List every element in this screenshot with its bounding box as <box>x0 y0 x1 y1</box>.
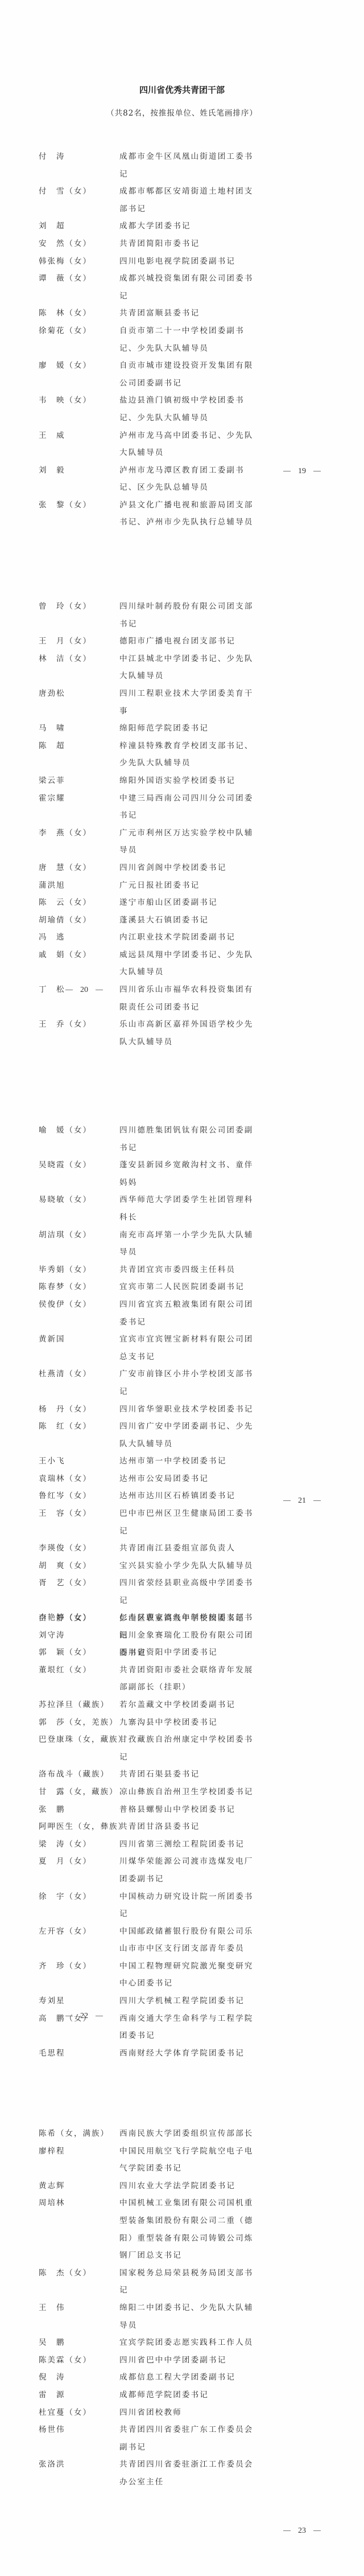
list-item: 倪 涛成都信息工程大学团委副书记 <box>39 2369 266 2386</box>
list-item: 唐 慧（女）四川省剑阁中学校团委书记 <box>39 859 266 877</box>
page-22-list: 李艳婷（女）仁寿县曹家镇九年制学校团支部书记郭 颖（女）四川省资阳中学团委书记董… <box>39 1609 266 2062</box>
organization-title: 内江职业技术学院团委副书记 <box>119 929 259 946</box>
organization-title: 四川省剑阁中学校团委书记 <box>119 859 259 877</box>
person-name: 毛思程 <box>39 2045 119 2062</box>
organization-title: 共青团资阳市委社会联络青年发展部副部长（挂职） <box>119 1662 259 1696</box>
person-name: 杜燕清（女） <box>39 1365 119 1383</box>
organization-title: 甘孜藏族自治州康定中学校团委书记 <box>119 1731 259 1766</box>
person-name: 韦 映（女） <box>39 392 119 409</box>
person-name: 胥 艺（女） <box>39 1574 119 1592</box>
person-name: 梁 涛（女） <box>39 1836 119 1853</box>
list-item: 郭 颖（女）四川省资阳中学团委书记 <box>39 1644 266 1662</box>
organization-title: 威远县凤翔中学团委书记、少先队大队辅导员 <box>119 946 259 981</box>
list-item: 王 伟绵阳二中团委书记、少先队大队辅导员 <box>39 2299 266 2334</box>
list-item: 杜宜蔓（女）四川省团校教师 <box>39 2404 266 2422</box>
list-item: 王 月（女）德阳市广播电视台团支部书记 <box>39 633 266 650</box>
person-name: 冯 逃 <box>39 929 119 946</box>
organization-title: 中建三局西南公司四川分公司团委书记 <box>119 790 259 825</box>
organization-title: 中江县城北中学团委书记、少先队大队辅导员 <box>119 650 259 685</box>
list-item: 雷 源成都师范学院团委书记 <box>39 2386 266 2404</box>
organization-title: 四川工程职业技术大学团委美育干事 <box>119 685 259 720</box>
list-item: 王 威泸州市龙马高中团委书记、少先队大队辅导员 <box>39 427 266 462</box>
list-item: 安 然（女）共青团简阳市委书记 <box>39 235 266 253</box>
person-name: 徐 宇（女） <box>39 1888 119 1906</box>
person-name: 雷 源 <box>39 2386 119 2404</box>
person-name: 蒲洪旭 <box>39 877 119 895</box>
list-item: 王小飞达州市第一中学校团委书记 <box>39 1453 266 1470</box>
list-item: 黄志辉四川农业大学法学院团委书记 <box>39 2177 266 2195</box>
list-item: 毕秀娟（女）共青团宜宾市委四级主任科员 <box>39 1261 266 1279</box>
organization-title: 国家税务总局荣县税务局团支部书记 <box>119 2265 259 2299</box>
list-item: 苏拉泽旦（藏族）若尔盖藏文中学校团委副书记 <box>39 1696 266 1714</box>
organization-title: 成都信息工程大学团委副书记 <box>119 2369 259 2386</box>
list-item: 张洛洪共青团四川省委驻浙江工作委员会办公室主任 <box>39 2456 266 2491</box>
organization-title: 成都大学团委书记 <box>119 218 259 235</box>
person-name: 黄新国 <box>39 1331 119 1348</box>
person-name: 张洛洪 <box>39 2456 119 2474</box>
list-item: 陈春梦（女）宜宾市第二人民医院团委副书记 <box>39 1278 266 1296</box>
organization-title: 四川省乐山市福华农科投资集团有限责任公司团委书记 <box>119 981 259 1016</box>
person-name: 陈 云（女） <box>39 894 119 912</box>
list-item: 寿刘星四川大学机械工程学院团委书记 <box>39 1992 266 2010</box>
organization-title: 自贡市第二十一中学校团委副书记、少先队大队辅导员 <box>119 322 259 357</box>
person-name: 黄志辉 <box>39 2177 119 2195</box>
person-name: 王小飞 <box>39 1453 119 1470</box>
list-item: 郭 莎（女，羌族）九寨沟县中学校团委书记 <box>39 1714 266 1732</box>
list-item: 巴登康珠（女，藏族）甘孜藏族自治州康定中学校团委书记 <box>39 1731 266 1766</box>
page-23-list: 陈希（女，满族）西南民族大学团委组织宣传部部长廖梓程中国民用航空飞行学院航空电子… <box>39 2125 266 2491</box>
list-item: 陈 林（女）共青团富顺县委书记 <box>39 305 266 322</box>
list-item: 阿呷医生（女，彝族）共青团甘洛县委书记 <box>39 1818 266 1836</box>
organization-title: 自贡市城市建设投资开发集团有限公司团委副书记 <box>119 357 259 392</box>
organization-title: 泸县文化广播电视和旅游局团支部书记、泸州市少先队执行总辅导员 <box>119 497 259 531</box>
organization-title: 普格县螺髻山中学校团委书记 <box>119 1801 259 1819</box>
person-name: 徐菊花（女） <box>39 322 119 340</box>
person-name: 洛布战斗（藏族） <box>39 1766 119 1783</box>
person-name: 郭 莎（女，羌族） <box>39 1714 119 1732</box>
document-subtitle: （共82名，按推报单位、姓氏笔画排序） <box>0 106 364 118</box>
person-name: 林 洁（女） <box>39 650 119 668</box>
person-name: 侯俊伊（女） <box>39 1296 119 1314</box>
person-name: 陈希（女，满族） <box>39 2125 119 2143</box>
person-name: 付 雪（女） <box>39 183 119 200</box>
person-name: 胡 爽（女） <box>39 1557 119 1575</box>
organization-title: 泸州市龙马高中团委书记、少先队大队辅导员 <box>119 427 259 462</box>
list-item: 张 黎（女）泸县文化广播电视和旅游局团支部书记、泸州市少先队执行总辅导员 <box>39 497 266 531</box>
person-name: 王 乔（女） <box>39 1016 119 1033</box>
organization-title: 遂宁市船山区团委副书记 <box>119 894 259 912</box>
page-21-list: 喻 媛（女）四川德胜集团钒钛有限公司团委副书记吴晓霞（女）蓬安县新园乡宽敞沟村文… <box>39 1122 266 1662</box>
list-item: 陈 超梓潼县特殊教育学校团支部书记、少先队大队辅导员 <box>39 737 266 772</box>
list-item: 廖 媛（女）自贡市城市建设投资开发集团有限公司团委副书记 <box>39 357 266 392</box>
list-item: 廖梓程中国民用航空飞行学院航空电子电气学院团委书记 <box>39 2143 266 2177</box>
list-item: 付 雪（女）成都市郫都区安靖街道土地村团支部书记 <box>39 183 266 218</box>
organization-title: 广安市前锋区小井小学校团支部书记 <box>119 1365 259 1400</box>
organization-title: 共青团简阳市委书记 <box>119 235 259 253</box>
list-item: 吴晓霞（女）蓬安县新园乡宽敞沟村文书、童伴妈妈 <box>39 1156 266 1191</box>
organization-title: 四川省荥经县职业高级中学团委书记 <box>119 1574 259 1609</box>
list-item: 胡洁琪（女）南充市高坪第一小学少先队大队辅导员 <box>39 1227 266 1261</box>
list-item: 刘 超成都大学团委书记 <box>39 218 266 235</box>
list-item: 刘 毅泸州市龙马潭区教育团工委副书记、区少先队总辅导员 <box>39 462 266 497</box>
person-name: 甘 露（女，藏族） <box>39 1783 119 1801</box>
organization-title: 梓潼县特殊教育学校团支部书记、少先队大队辅导员 <box>119 737 259 772</box>
person-name: 张 鹏 <box>39 1801 119 1819</box>
person-name: 张 黎（女） <box>39 497 119 514</box>
list-item: 喻 媛（女）四川德胜集团钒钛有限公司团委副书记 <box>39 1122 266 1156</box>
list-item: 左开容（女）中国邮政储蓄银行股份有限公司乐山市市中区支行团支部青年委员 <box>39 1923 266 1958</box>
list-item: 周培林中国机械工业集团有限公司国机重型装备集团股份有限公司二重（德阳）重型装备有… <box>39 2194 266 2264</box>
person-name: 鲁红岑（女） <box>39 1487 119 1505</box>
list-item: 韩张梅（女）四川电影电视学院团委副书记 <box>39 253 266 270</box>
organization-title: 成都市金牛区凤凰山街道团工委书记 <box>119 148 259 183</box>
page-number-19: 19 <box>276 467 328 476</box>
person-name: 胡瑜倩（女） <box>39 912 119 929</box>
list-item: 付 涛成都市金牛区凤凰山街道团工委书记 <box>39 148 266 183</box>
person-name: 谭 薇（女） <box>39 270 119 288</box>
list-item: 胥 艺（女）四川省荥经县职业高级中学团委书记 <box>39 1574 266 1609</box>
organization-title: 巴中市巴州区卫生健康局团工委书记 <box>119 1505 259 1540</box>
page-number-20: 20 <box>58 986 110 995</box>
organization-title: 九寨沟县中学校团委书记 <box>119 1714 259 1732</box>
person-name: 韩张梅（女） <box>39 253 119 270</box>
organization-title: 四川省资阳中学团委书记 <box>119 1644 259 1662</box>
list-item: 鲁红岑（女）达州市达川区石桥镇团委书记 <box>39 1487 266 1505</box>
organization-title: 西华师范大学团委学生社团管理科科长 <box>119 1191 259 1226</box>
person-name: 李艳婷（女） <box>39 1609 119 1627</box>
list-item: 袁瑞林（女）达州市公安局团委书记 <box>39 1470 266 1488</box>
organization-title: 中国邮政储蓄银行股份有限公司乐山市市中区支行团支部青年委员 <box>119 1923 259 1958</box>
person-name: 喻 媛（女） <box>39 1122 119 1139</box>
person-name: 王 月（女） <box>39 633 119 650</box>
organization-title: 宜宾学院团委志愿实践科工作人员 <box>119 2334 259 2352</box>
list-item: 李瑛俊（女）共青团南江县委组宣部负责人 <box>39 1540 266 1557</box>
list-item: 杜燕清（女）广安市前锋区小井小学校团支部书记 <box>39 1365 266 1400</box>
list-item: 杨 丹（女）四川省华蓥职业技术学校团委书记 <box>39 1401 266 1418</box>
organization-title: 中国工程物理研究院激光聚变研究中心团委书记 <box>119 1958 259 1992</box>
organization-title: 中国核动力研究设计院一所团委书记 <box>119 1888 259 1923</box>
organization-title: 共青团宜宾市委四级主任科员 <box>119 1261 259 1279</box>
organization-title: 中国机械工业集团有限公司国机重型装备集团股份有限公司二重（德阳）重型装备有限公司… <box>119 2194 259 2264</box>
list-item: 徐菊花（女）自贡市第二十一中学校团委副书记、少先队大队辅导员 <box>39 322 266 357</box>
organization-title: 西南交通大学生命科学与工程学院团委书记 <box>119 2010 259 2045</box>
person-name: 左开容（女） <box>39 1923 119 1941</box>
person-name: 苏拉泽旦（藏族） <box>39 1696 119 1714</box>
organization-title: 宝兴县实验小学少先队大队辅导员 <box>119 1557 259 1575</box>
document-title: 四川省优秀共青团干部 <box>0 84 364 96</box>
organization-title: 共青团甘洛县委书记 <box>119 1818 259 1836</box>
list-item: 毛思程西南财经大学体育学院团委书记 <box>39 2045 266 2062</box>
person-name: 杨世伟 <box>39 2421 119 2439</box>
list-item: 谭 薇（女）成都兴城投资集团有限公司团委书记 <box>39 270 266 305</box>
organization-title: 达州市第一中学校团委书记 <box>119 1453 259 1470</box>
person-name: 郭 颖（女） <box>39 1644 119 1662</box>
person-name: 董垠红（女） <box>39 1662 119 1679</box>
organization-title: 西南民族大学团委组织宣传部部长 <box>119 2125 259 2143</box>
organization-title: 绵阳二中团委书记、少先队大队辅导员 <box>119 2299 259 2334</box>
list-item: 梁 涛（女）四川省第三测绘工程院团委书记 <box>39 1836 266 1853</box>
organization-title: 西南财经大学体育学院团委书记 <box>119 2045 259 2062</box>
list-item: 梁云菲绵阳外国语实验学校团委书记 <box>39 772 266 790</box>
page-number-23: 23 <box>276 2526 328 2536</box>
person-name: 刘 毅 <box>39 462 119 479</box>
list-item: 黄新国宜宾市宜宾锂宝新材料有限公司团总支书记 <box>39 1331 266 1365</box>
organization-title: 共青团南江县委组宣部负责人 <box>119 1540 259 1557</box>
organization-title: 四川省宜宾五粮液集团有限公司团委书记 <box>119 1296 259 1331</box>
list-item: 陈美霖（女）四川省巴中中学团委副书记 <box>39 2352 266 2369</box>
organization-title: 四川大学机械工程学院团委书记 <box>119 1992 259 2010</box>
list-item: 陈 云（女）遂宁市船山区团委副书记 <box>39 894 266 912</box>
list-item: 夏 月（女）川煤华荣能源公司渡市选煤发电厂团委副书记 <box>39 1853 266 1888</box>
person-name: 陈 红（女） <box>39 1418 119 1435</box>
organization-title: 共青团四川省委驻浙江工作委员会办公室主任 <box>119 2456 259 2491</box>
list-item: 王 容（女）巴中市巴州区卫生健康局团工委书记 <box>39 1505 266 1540</box>
page-number-22: 22 <box>58 2012 110 2021</box>
person-name: 曾 玲（女） <box>39 598 119 616</box>
organization-title: 蓬溪县大石镇团委书记 <box>119 912 259 929</box>
list-item: 胡 爽（女）宝兴县实验小学少先队大队辅导员 <box>39 1557 266 1575</box>
person-name: 王 伟 <box>39 2299 119 2317</box>
list-item: 胡瑜倩（女）蓬溪县大石镇团委书记 <box>39 912 266 929</box>
list-item: 韦 映（女）盐边县渔门镇初级中学校团委书记、少先队大队辅导员 <box>39 392 266 426</box>
organization-title: 凉山彝族自治州卫生学校团委书记 <box>119 1783 259 1801</box>
organization-title: 绵阳外国语实验学校团委书记 <box>119 772 259 790</box>
person-name: 陈春梦（女） <box>39 1278 119 1296</box>
person-name: 廖梓程 <box>39 2143 119 2160</box>
organization-title: 德阳市广播电视台团支部书记 <box>119 633 259 650</box>
person-name: 吴晓霞（女） <box>39 1156 119 1174</box>
person-name: 寿刘星 <box>39 1992 119 2010</box>
list-item: 吴 鹏宜宾学院团委志愿实践科工作人员 <box>39 2334 266 2352</box>
page-19-list: 付 涛成都市金牛区凤凰山街道团工委书记付 雪（女）成都市郫都区安靖街道土地村团支… <box>39 148 266 531</box>
page-20-list: 曾 玲（女）四川绿叶制药股份有限公司团支部书记王 月（女）德阳市广播电视台团支部… <box>39 598 266 1051</box>
person-name: 陈 林（女） <box>39 305 119 322</box>
person-name: 戚 娟（女） <box>39 946 119 964</box>
list-item: 徐 宇（女）中国核动力研究设计院一所团委书记 <box>39 1888 266 1923</box>
organization-title: 共青团石渠县委书记 <box>119 1766 259 1783</box>
person-name: 王 容（女） <box>39 1505 119 1523</box>
organization-title: 达州市达川区石桥镇团委书记 <box>119 1487 259 1505</box>
list-item: 马 啸绵阳师范学院团委书记 <box>39 720 266 737</box>
list-item: 张 鹏普格县螺髻山中学校团委书记 <box>39 1801 266 1819</box>
person-name: 齐 珍（女） <box>39 1958 119 1975</box>
organization-title: 四川省巴中中学团委副书记 <box>119 2352 259 2369</box>
organization-title: 四川省广安中学团委副书记、少先队大队辅导员 <box>119 1418 259 1453</box>
organization-title: 盐边县渔门镇初级中学校团委书记、少先队大队辅导员 <box>119 392 259 426</box>
organization-title: 蓬安县新园乡宽敞沟村文书、童伴妈妈 <box>119 1156 259 1191</box>
person-name: 刘 超 <box>39 218 119 235</box>
organization-title: 仁寿县曹家镇九年制学校团支部书记 <box>119 1609 259 1644</box>
person-name: 易晓敏（女） <box>39 1191 119 1209</box>
list-item: 林 洁（女）中江县城北中学团委书记、少先队大队辅导员 <box>39 650 266 685</box>
person-name: 杨 丹（女） <box>39 1401 119 1418</box>
organization-title: 宜宾市第二人民医院团委副书记 <box>119 1278 259 1296</box>
list-item: 洛布战斗（藏族）共青团石渠县委书记 <box>39 1766 266 1783</box>
list-item: 陈希（女，满族）西南民族大学团委组织宣传部部长 <box>39 2125 266 2143</box>
person-name: 周培林 <box>39 2194 119 2212</box>
list-item: 戚 娟（女）威远县凤翔中学团委书记、少先队大队辅导员 <box>39 946 266 981</box>
list-item: 陈 杰（女）国家税务总局荣县税务局团支部书记 <box>39 2265 266 2299</box>
person-name: 霍宗耀 <box>39 790 119 807</box>
organization-title: 四川绿叶制药股份有限公司团支部书记 <box>119 598 259 633</box>
organization-title: 南充市高坪第一小学少先队大队辅导员 <box>119 1227 259 1261</box>
list-item: 王 乔（女）乐山市高新区嘉祥外国语学校少先队大队辅导员 <box>39 1016 266 1051</box>
person-name: 唐劲松 <box>39 685 119 703</box>
person-name: 李瑛俊（女） <box>39 1540 119 1557</box>
person-name: 李 燕（女） <box>39 825 119 842</box>
list-item: 齐 珍（女）中国工程物理研究院激光聚变研究中心团委书记 <box>39 1958 266 1992</box>
person-name: 陈 超 <box>39 737 119 755</box>
organization-title: 广元日报社团委书记 <box>119 877 259 895</box>
organization-title: 共青团四川省委驻广东工作委员会副书记 <box>119 2421 259 2456</box>
list-item: 易晓敏（女）西华师范大学团委学生社团管理科科长 <box>39 1191 266 1226</box>
list-item: 侯俊伊（女）四川省宜宾五粮液集团有限公司团委书记 <box>39 1296 266 1331</box>
organization-title: 四川农业大学法学院团委书记 <box>119 2177 259 2195</box>
list-item: 唐劲松四川工程职业技术大学团委美育干事 <box>39 685 266 720</box>
list-item: 杨世伟共青团四川省委驻广东工作委员会副书记 <box>39 2421 266 2456</box>
person-name: 安 然（女） <box>39 235 119 253</box>
list-item: 李艳婷（女）仁寿县曹家镇九年制学校团支部书记 <box>39 1609 266 1644</box>
organization-title: 若尔盖藏文中学校团委副书记 <box>119 1696 259 1714</box>
organization-title: 四川省第三测绘工程院团委书记 <box>119 1836 259 1853</box>
organization-title: 泸州市龙马潭区教育团工委副书记、区少先队总辅导员 <box>119 462 259 497</box>
organization-title: 达州市公安局团委书记 <box>119 1470 259 1488</box>
person-name: 廖 媛（女） <box>39 357 119 375</box>
person-name: 杜宜蔓（女） <box>39 2404 119 2422</box>
person-name: 夏 月（女） <box>39 1853 119 1871</box>
list-item: 董垠红（女）共青团资阳市委社会联络青年发展部副部长（挂职） <box>39 1662 266 1696</box>
organization-title: 共青团富顺县委书记 <box>119 305 259 322</box>
person-name: 巴登康珠（女，藏族） <box>39 1731 119 1749</box>
person-name: 袁瑞林（女） <box>39 1470 119 1488</box>
person-name: 马 啸 <box>39 720 119 737</box>
organization-title: 乐山市高新区嘉祥外国语学校少先队大队辅导员 <box>119 1016 259 1051</box>
list-item: 霍宗耀中建三局西南公司四川分公司团委书记 <box>39 790 266 825</box>
person-name: 梁云菲 <box>39 772 119 790</box>
list-item: 蒲洪旭广元日报社团委书记 <box>39 877 266 895</box>
person-name: 王 威 <box>39 427 119 445</box>
person-name: 唐 慧（女） <box>39 859 119 877</box>
person-name: 胡洁琪（女） <box>39 1227 119 1244</box>
person-name: 陈 杰（女） <box>39 2265 119 2282</box>
person-name: 陈美霖（女） <box>39 2352 119 2369</box>
person-name: 倪 涛 <box>39 2369 119 2386</box>
organization-title: 四川省华蓥职业技术学校团委书记 <box>119 1401 259 1418</box>
person-name: 毕秀娟（女） <box>39 1261 119 1279</box>
organization-title: 川煤华荣能源公司渡市选煤发电厂团委副书记 <box>119 1853 259 1888</box>
organization-title: 广元市利州区万达实验学校中队辅导员 <box>119 825 259 859</box>
list-item: 李 燕（女）广元市利州区万达实验学校中队辅导员 <box>39 825 266 859</box>
list-item: 冯 逃内江职业技术学院团委副书记 <box>39 929 266 946</box>
person-name: 阿呷医生（女，彝族） <box>39 1818 119 1836</box>
organization-title: 成都兴城投资集团有限公司团委书记 <box>119 270 259 305</box>
person-name: 吴 鹏 <box>39 2334 119 2352</box>
organization-title: 四川德胜集团钒钛有限公司团委副书记 <box>119 1122 259 1156</box>
organization-title: 绵阳师范学院团委书记 <box>119 720 259 737</box>
page-number-21: 21 <box>276 1496 328 1506</box>
organization-title: 中国民用航空飞行学院航空电子电气学院团委书记 <box>119 2143 259 2177</box>
organization-title: 成都市郫都区安靖街道土地村团支部书记 <box>119 183 259 218</box>
organization-title: 宜宾市宜宾锂宝新材料有限公司团总支书记 <box>119 1331 259 1365</box>
list-item: 甘 露（女，藏族）凉山彝族自治州卫生学校团委书记 <box>39 1783 266 1801</box>
person-name: 付 涛 <box>39 148 119 166</box>
organization-title: 成都师范学院团委书记 <box>119 2386 259 2404</box>
list-item: 陈 红（女）四川省广安中学团委副书记、少先队大队辅导员 <box>39 1418 266 1453</box>
organization-title: 四川省团校教师 <box>119 2404 259 2422</box>
organization-title: 四川电影电视学院团委副书记 <box>119 253 259 270</box>
list-item: 曾 玲（女）四川绿叶制药股份有限公司团支部书记 <box>39 598 266 633</box>
